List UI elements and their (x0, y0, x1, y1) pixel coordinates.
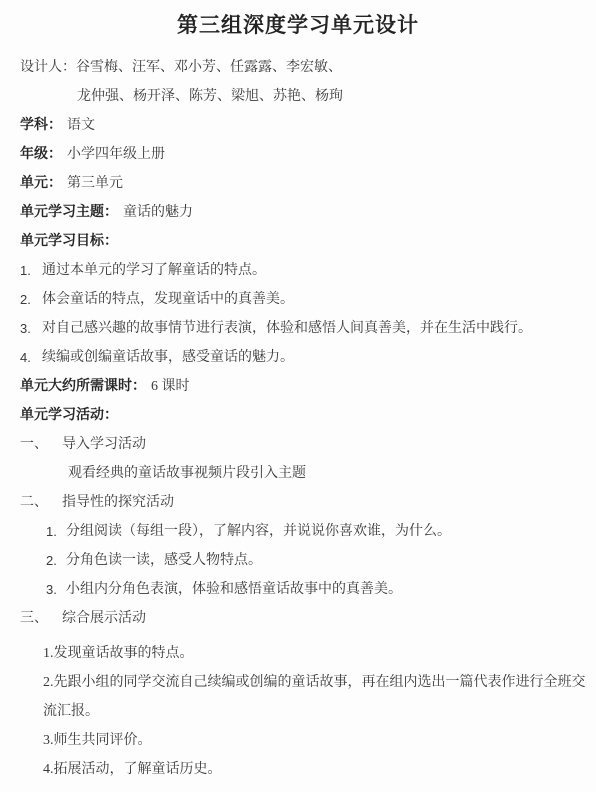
step-number: 3. (46, 575, 66, 604)
designers-names-2: 龙仲强、杨开泽、陈芳、梁旭、苏艳、杨珣 (77, 82, 576, 111)
duration-value: 6 课时 (151, 379, 190, 394)
section-2-step: 2. 分角色读一读，感受人物特点。 (46, 546, 576, 575)
document-title: 第三组深度学习单元设计 (20, 0, 576, 40)
objective-number: 1. (20, 256, 42, 285)
section-2-marker: 二、 (20, 488, 62, 517)
objective-item: 3. 对自己感兴趣的故事情节进行表演，体验和感悟人间真善美，并在生活中践行。 (20, 314, 576, 343)
objectives-heading: 单元学习目标： (20, 227, 576, 256)
activity-paragraph: 2.先跟小组的同学交流自己续编或创编的童话故事，再在组内选出一篇代表作进行全班交… (43, 668, 586, 726)
objective-text: 通过本单元的学习了解童话的特点。 (42, 256, 266, 285)
unit-value: 第三单元 (67, 176, 123, 191)
activity-section-3: 三、综合展示活动 (20, 604, 576, 633)
designers-line-1: 设计人：谷雪梅、汪军、邓小芳、任露露、李宏敏、 (20, 53, 576, 82)
grade-field: 年级：小学四年级上册 (20, 140, 576, 169)
subject-field: 学科：语文 (20, 111, 576, 140)
activity-section-2: 二、指导性的探究活动 (20, 488, 576, 517)
step-text: 分角色读一读，感受人物特点。 (66, 546, 262, 575)
subject-label: 学科： (20, 118, 62, 133)
activity-paragraph: 3.师生共同评价。 (43, 726, 586, 755)
activity-section-1: 一、导入学习活动 (20, 430, 576, 459)
objective-text: 对自己感兴趣的故事情节进行表演，体验和感悟人间真善美，并在生活中践行。 (42, 314, 532, 343)
objective-item: 1. 通过本单元的学习了解童话的特点。 (20, 256, 576, 285)
step-number: 1. (46, 517, 66, 546)
section-1-title: 导入学习活动 (62, 437, 146, 452)
designers-label: 设计人： (20, 60, 76, 75)
section-3-marker: 三、 (20, 604, 62, 633)
theme-label: 单元学习主题： (20, 205, 118, 220)
section-2-step: 1. 分组阅读（每组一段），了解内容，并说说你喜欢谁，为什么。 (46, 517, 576, 546)
duration-label: 单元大约所需课时： (20, 379, 146, 394)
unit-label: 单元： (20, 176, 62, 191)
objective-text: 体会童话的特点，发现童话中的真善美。 (42, 285, 294, 314)
section-1-body: 观看经典的童话故事视频片段引入主题 (68, 459, 576, 488)
grade-label: 年级： (20, 147, 62, 162)
section-1-marker: 一、 (20, 430, 62, 459)
step-text: 小组内分角色表演，体验和感悟童话故事中的真善美。 (66, 575, 402, 604)
section-2-step: 3. 小组内分角色表演，体验和感悟童话故事中的真善美。 (46, 575, 576, 604)
section-3-title: 综合展示活动 (62, 611, 146, 626)
unit-field: 单元：第三单元 (20, 169, 576, 198)
objective-item: 2. 体会童话的特点，发现童话中的真善美。 (20, 285, 576, 314)
objective-text: 续编或创编童话故事，感受童话的魅力。 (42, 343, 294, 372)
grade-value: 小学四年级上册 (67, 147, 165, 162)
objective-item: 4. 续编或创编童话故事，感受童话的魅力。 (20, 343, 576, 372)
section-3-paragraphs: 1.发现童话故事的特点。 2.先跟小组的同学交流自己续编或创编的童话故事，再在组… (20, 639, 576, 784)
theme-value: 童话的魅力 (123, 205, 193, 220)
step-text: 分组阅读（每组一段），了解内容，并说说你喜欢谁，为什么。 (66, 517, 451, 546)
duration-field: 单元大约所需课时：6 课时 (20, 372, 576, 401)
objective-number: 2. (20, 285, 42, 314)
section-2-title: 指导性的探究活动 (62, 495, 174, 510)
designers-names-1: 谷雪梅、汪军、邓小芳、任露露、李宏敏、 (76, 60, 342, 75)
objective-number: 4. (20, 343, 42, 372)
theme-field: 单元学习主题：童话的魅力 (20, 198, 576, 227)
activity-paragraph: 1.发现童话故事的特点。 (43, 639, 586, 668)
designers-block: 设计人：谷雪梅、汪军、邓小芳、任露露、李宏敏、 龙仲强、杨开泽、陈芳、梁旭、苏艳… (20, 53, 576, 111)
activities-heading: 单元学习活动： (20, 401, 576, 430)
activity-paragraph: 4.拓展活动，了解童话历史。 (43, 755, 586, 784)
objective-number: 3. (20, 314, 42, 343)
subject-value: 语文 (67, 118, 95, 133)
document-page: 第三组深度学习单元设计 设计人：谷雪梅、汪军、邓小芳、任露露、李宏敏、 龙仲强、… (0, 0, 596, 792)
step-number: 2. (46, 546, 66, 575)
